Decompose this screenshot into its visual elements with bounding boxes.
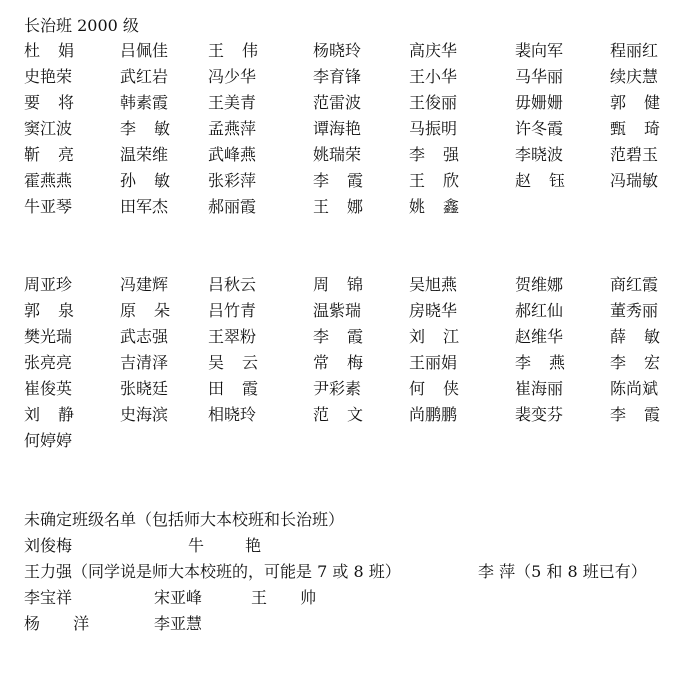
given-name: 伟 (242, 38, 258, 64)
student-name: 史艳荣 (24, 64, 74, 90)
given-name: 梅 (347, 350, 363, 376)
given-name: 静 (58, 402, 74, 428)
student-name: 李强 (409, 142, 459, 168)
student-name: 高庆华 (409, 38, 459, 64)
student-name: 原朵 (120, 298, 170, 324)
student-name: 赵维华 (515, 324, 565, 350)
document-title: 长治班 2000 级 (24, 16, 139, 36)
surname: 刘 (409, 324, 425, 350)
student-name: 续庆慧 (610, 64, 660, 90)
given-name: 侠 (443, 376, 459, 402)
student-name: 田霞 (208, 376, 258, 402)
student-name: 吉清泽 (120, 350, 170, 376)
student-name: 冯瑞敏 (610, 168, 660, 194)
surname: 姚 (409, 194, 425, 220)
student-name: 王丽娟 (409, 350, 459, 376)
given-name: 江 (443, 324, 459, 350)
surname: 范 (313, 402, 329, 428)
student-name: 刘静 (24, 402, 74, 428)
surname: 李 (409, 142, 425, 168)
student-name: 温荣维 (120, 142, 170, 168)
given-name: 欣 (443, 168, 459, 194)
student-name: 贺维娜 (515, 272, 565, 298)
surname: 薛 (610, 324, 626, 350)
student-name: 吴旭燕 (409, 272, 459, 298)
given-name: 钰 (549, 168, 565, 194)
surname: 周 (313, 272, 329, 298)
student-name: 范文 (313, 402, 363, 428)
student-name: 武红岩 (120, 64, 170, 90)
student-name: 郝丽霞 (208, 194, 258, 220)
student-name: 姚鑫 (409, 194, 459, 220)
student-name: 吕竹青 (208, 298, 258, 324)
student-name: 吕佩佳 (120, 38, 170, 64)
student-name: 王娜 (313, 194, 363, 220)
student-name: 何婷婷 (24, 428, 74, 454)
student-name: 牛亚琴 (24, 194, 74, 220)
given-name: 敏 (644, 324, 660, 350)
student-name: 樊光瑞 (24, 324, 74, 350)
given-name: 霞 (242, 376, 258, 402)
student-name: 崔俊英 (24, 376, 74, 402)
surname: 李 (313, 168, 329, 194)
student-name: 靳亮 (24, 142, 74, 168)
student-name: 李敏 (120, 116, 170, 142)
surname: 郭 (24, 298, 40, 324)
surname: 李 (313, 324, 329, 350)
student-name: 范雷波 (313, 90, 363, 116)
given-name: 敏 (154, 168, 170, 194)
surname: 吴 (208, 350, 224, 376)
student-name: 许冬霞 (515, 116, 565, 142)
given-name: 宏 (644, 350, 660, 376)
student-name: 姚瑞荣 (313, 142, 363, 168)
student-name: 杜娟 (24, 38, 74, 64)
student-name: 李霞 (313, 324, 363, 350)
given-name: 亮 (58, 142, 74, 168)
student-name: 李育锋 (313, 64, 363, 90)
student-name: 王美青 (208, 90, 258, 116)
surname: 何 (409, 376, 425, 402)
student-name: 王小华 (409, 64, 459, 90)
surname: 常 (313, 350, 329, 376)
student-name: 郝红仙 (515, 298, 565, 324)
student-name: 范碧玉 (610, 142, 660, 168)
student-name: 孙敏 (120, 168, 170, 194)
student-name: 商红霞 (610, 272, 660, 298)
surname: 李 (120, 116, 136, 142)
student-name: 冯少华 (208, 64, 258, 90)
surname: 甄 (610, 116, 626, 142)
given-name: 将 (58, 90, 74, 116)
student-name: 刘江 (409, 324, 459, 350)
undetermined-name: 李亚慧 (154, 614, 202, 634)
given-name: 娟 (58, 38, 74, 64)
student-name: 李宏 (610, 350, 660, 376)
undetermined-name: 李宝祥 (24, 588, 72, 608)
student-name: 赵钰 (515, 168, 565, 194)
surname: 王 (208, 38, 224, 64)
undetermined-name: 宋亚峰 (154, 588, 202, 608)
undetermined-note: 王力强（同学说是师大本校班的，可能是 7 或 8 班） (24, 562, 401, 582)
surname: 杜 (24, 38, 40, 64)
student-name: 相晓玲 (208, 402, 258, 428)
student-name: 张晓廷 (120, 376, 170, 402)
given-name: 霞 (347, 168, 363, 194)
surname: 李 (610, 350, 626, 376)
undetermined-name: 牛 艳 (188, 536, 279, 556)
undetermined-name: 王 帅 (251, 588, 330, 608)
student-name: 裴变芬 (515, 402, 565, 428)
given-name: 健 (644, 90, 660, 116)
student-name: 王伟 (208, 38, 258, 64)
student-name: 薛敏 (610, 324, 660, 350)
surname: 李 (515, 350, 531, 376)
student-name: 要将 (24, 90, 74, 116)
undetermined-note: 李 萍（5 和 8 班已有） (478, 562, 647, 582)
student-name: 毋姗姗 (515, 90, 565, 116)
student-name: 裴向军 (515, 38, 565, 64)
student-name: 张亮亮 (24, 350, 74, 376)
student-name: 李霞 (610, 402, 660, 428)
given-name: 鑫 (443, 194, 459, 220)
undetermined-name: 杨 洋 (24, 614, 103, 634)
student-name: 房晓华 (409, 298, 459, 324)
surname: 王 (313, 194, 329, 220)
given-name: 琦 (644, 116, 660, 142)
student-name: 何侠 (409, 376, 459, 402)
given-name: 燕 (549, 350, 565, 376)
student-name: 杨晓玲 (313, 38, 363, 64)
student-name: 吴云 (208, 350, 258, 376)
student-name: 马华丽 (515, 64, 565, 90)
given-name: 泉 (58, 298, 74, 324)
student-name: 谭海艳 (313, 116, 363, 142)
student-name: 甄琦 (610, 116, 660, 142)
given-name: 云 (242, 350, 258, 376)
student-name: 董秀丽 (610, 298, 660, 324)
student-name: 冯建辉 (120, 272, 170, 298)
given-name: 娜 (347, 194, 363, 220)
surname: 田 (208, 376, 224, 402)
student-name: 武志强 (120, 324, 170, 350)
student-name: 郭泉 (24, 298, 74, 324)
student-name: 史海滨 (120, 402, 170, 428)
student-name: 窦江波 (24, 116, 74, 142)
student-name: 李燕 (515, 350, 565, 376)
given-name: 朵 (154, 298, 170, 324)
surname: 王 (409, 168, 425, 194)
student-name: 崔海丽 (515, 376, 565, 402)
student-name: 温紫瑞 (313, 298, 363, 324)
student-name: 陈尚斌 (610, 376, 660, 402)
given-name: 强 (443, 142, 459, 168)
surname: 孙 (120, 168, 136, 194)
student-name: 李霞 (313, 168, 363, 194)
surname: 靳 (24, 142, 40, 168)
student-name: 韩素霞 (120, 90, 170, 116)
given-name: 锦 (347, 272, 363, 298)
surname: 刘 (24, 402, 40, 428)
student-name: 郭健 (610, 90, 660, 116)
student-name: 李晓波 (515, 142, 565, 168)
student-name: 霍燕燕 (24, 168, 74, 194)
student-name: 周亚珍 (24, 272, 74, 298)
student-name: 常梅 (313, 350, 363, 376)
student-name: 王俊丽 (409, 90, 459, 116)
student-name: 尚鹏鹏 (409, 402, 459, 428)
student-name: 吕秋云 (208, 272, 258, 298)
student-name: 张彩萍 (208, 168, 258, 194)
student-name: 程丽红 (610, 38, 660, 64)
student-name: 尹彩素 (313, 376, 363, 402)
student-name: 周锦 (313, 272, 363, 298)
surname: 李 (610, 402, 626, 428)
student-name: 武峰燕 (208, 142, 258, 168)
surname: 赵 (515, 168, 531, 194)
undetermined-name: 刘俊梅 (24, 536, 72, 556)
student-name: 王翠粉 (208, 324, 258, 350)
given-name: 敏 (154, 116, 170, 142)
given-name: 霞 (644, 402, 660, 428)
surname: 要 (24, 90, 40, 116)
student-name: 孟燕萍 (208, 116, 258, 142)
student-name: 王欣 (409, 168, 459, 194)
given-name: 文 (347, 402, 363, 428)
given-name: 霞 (347, 324, 363, 350)
student-name: 田军杰 (120, 194, 170, 220)
undetermined-heading: 未确定班级名单（包括师大本校班和长治班） (24, 510, 344, 530)
surname: 郭 (610, 90, 626, 116)
surname: 原 (120, 298, 136, 324)
student-name: 马振明 (409, 116, 459, 142)
